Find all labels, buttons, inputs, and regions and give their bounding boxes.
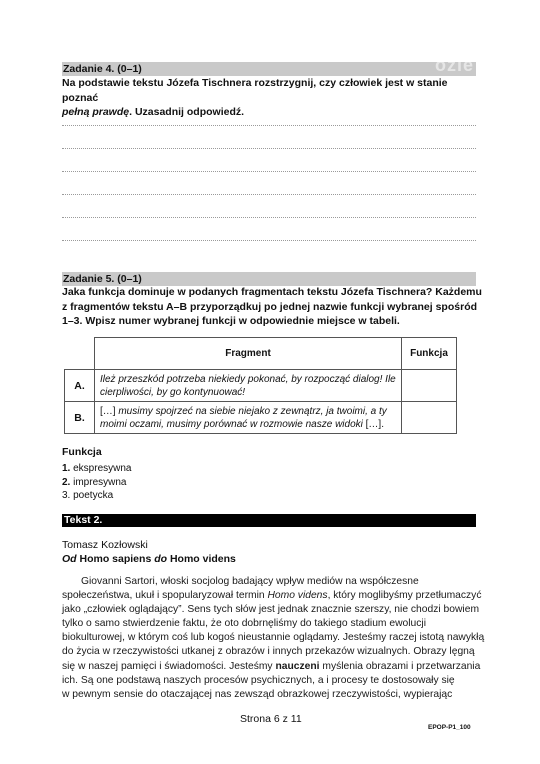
article-body: Giovanni Sartori, włoski socjolog badają… (62, 575, 482, 702)
fragment-line: moimi oczami, musimy porównać w rozmowie… (100, 419, 366, 430)
answer-line[interactable] (62, 171, 476, 172)
article-author: Tomasz Kozłowski (62, 539, 148, 551)
article-title: Od Homo sapiens do Homo videns (62, 553, 236, 565)
title-part: do (154, 553, 167, 565)
text-run: Homo videns (267, 590, 327, 601)
page-number: Strona 6 z 11 (240, 713, 302, 725)
fragment-line: Ileż przeszkód potrzeba niekiedy pokonać… (100, 374, 396, 385)
ellipsis-bracket: […] (100, 406, 116, 417)
funkcja-answer-cell[interactable] (402, 370, 457, 402)
list-item: 2. impresywna (62, 476, 131, 490)
function-number: 3. (62, 490, 70, 501)
function-number: 1. (62, 463, 70, 474)
answer-line[interactable] (62, 240, 476, 241)
paragraph-line: ich. Są one podstawą naszych procesów ps… (62, 674, 482, 688)
paragraph-line: biokulturowej, w którym coś lub kogoś ni… (62, 631, 482, 645)
task-4-question-emphasis: pełną prawdę (62, 106, 129, 118)
text-run: biokulturowej, w którym coś lub kogoś ni… (62, 632, 484, 643)
text-run: tylko o samo stwierdzenie faktu, że oto … (62, 618, 426, 629)
text-run: się w naszej pamięci i świadomości. Jest… (62, 661, 275, 672)
table-corner (65, 338, 95, 370)
functions-list: 1. ekspresywna 2. impresywna 3. poetycka (62, 462, 131, 503)
answer-line[interactable] (62, 148, 476, 149)
table-header-row: Fragment Funkcja (65, 338, 457, 370)
function-number: 2. (62, 477, 70, 488)
fragment-line: cierpliwości, by go kontynuować! (100, 387, 245, 398)
function-name: poetycka (73, 490, 113, 501)
function-name: impresywna (73, 477, 126, 488)
fragment-line: musimy spojrzeć na siebie niejako z zewn… (116, 406, 387, 417)
exam-code: EPOP-P1_100 (428, 724, 471, 731)
task-4-title: Zadanie 4. (0–1) (63, 63, 142, 75)
text-run: do życia w rzeczywistości utkanej z obra… (62, 646, 475, 657)
text-run: w pewnym sensie do otaczającej nas zewsz… (62, 689, 452, 700)
task-5-title: Zadanie 5. (0–1) (63, 273, 142, 285)
task-4-question: Na podstawie tekstu Józefa Tischnera roz… (62, 76, 482, 120)
paragraph-line: jako „człowiek oglądający”. Sens tych sł… (62, 603, 482, 617)
row-label: A. (65, 370, 95, 402)
answer-line[interactable] (62, 125, 476, 126)
task-5-question-line: 1–3. Wpisz numer wybranej funkcji w odpo… (62, 314, 482, 329)
row-label: B. (65, 402, 95, 434)
watermark: ozie (435, 62, 474, 72)
text-run: ich. Są one podstawą naszych procesów ps… (62, 675, 455, 686)
text-run: społeczeństwa, ukuł i spopularyzował ter… (62, 590, 267, 601)
paragraph-line: Giovanni Sartori, włoski socjolog badają… (62, 575, 482, 589)
functions-title: Funkcja (62, 446, 102, 458)
paragraph-line: się w naszej pamięci i świadomości. Jest… (62, 660, 482, 674)
fragment-table: Fragment Funkcja A. Ileż przeszkód potrz… (64, 337, 457, 434)
paragraph-line: tylko o samo stwierdzenie faktu, że oto … (62, 617, 482, 631)
text-run: Giovanni Sartori, włoski socjolog badają… (81, 576, 419, 587)
task-4-question-text: Na podstawie tekstu Józefa Tischnera roz… (62, 77, 448, 104)
text-2-header: Tekst 2. (62, 514, 476, 527)
task-5-question: Jaka funkcja dominuje w podanych fragmen… (62, 285, 482, 329)
paragraph-line: do życia w rzeczywistości utkanej z obra… (62, 645, 482, 659)
task-5-question-line: Jaka funkcja dominuje w podanych fragmen… (62, 285, 482, 300)
text-run: jako „człowiek oglądający”. Sens tych sł… (62, 604, 479, 615)
fragment-text: […] musimy spojrzeć na siebie niejako z … (95, 402, 402, 434)
ellipsis-bracket: […]. (366, 419, 384, 430)
table-row: A. Ileż przeszkód potrzeba niekiedy poko… (65, 370, 457, 402)
funkcja-answer-cell[interactable] (402, 402, 457, 434)
fragment-text: Ileż przeszkód potrzeba niekiedy pokonać… (95, 370, 402, 402)
paragraph-line: społeczeństwa, ukuł i spopularyzował ter… (62, 589, 482, 603)
answer-line[interactable] (62, 217, 476, 218)
paragraph-line: w pewnym sensie do otaczającej nas zewsz… (62, 688, 482, 702)
text-run: nauczeni (275, 661, 319, 672)
text-run: myślenia obrazami i przetwarzania (320, 661, 481, 672)
title-part: Homo videns (167, 553, 236, 565)
task-4-header: Zadanie 4. (0–1) ozie (62, 62, 476, 76)
answer-line[interactable] (62, 194, 476, 195)
function-name: ekspresywna (73, 463, 131, 474)
title-part: Od (62, 553, 77, 565)
column-header-fragment: Fragment (95, 338, 402, 370)
task-5-header: Zadanie 5. (0–1) (62, 272, 476, 286)
table-row: B. […] musimy spojrzeć na siebie niejako… (65, 402, 457, 434)
task-5-question-line: z fragmentów tekstu A–B przyporządkuj po… (62, 300, 482, 315)
task-4-question-instruction: . Uzasadnij odpowiedź. (129, 106, 244, 118)
list-item: 3. poetycka (62, 489, 131, 503)
list-item: 1. ekspresywna (62, 462, 131, 476)
text-run: , który moglibyśmy przetłumaczyć (328, 590, 482, 601)
column-header-funkcja: Funkcja (402, 338, 457, 370)
title-part: Homo sapiens (77, 553, 155, 565)
